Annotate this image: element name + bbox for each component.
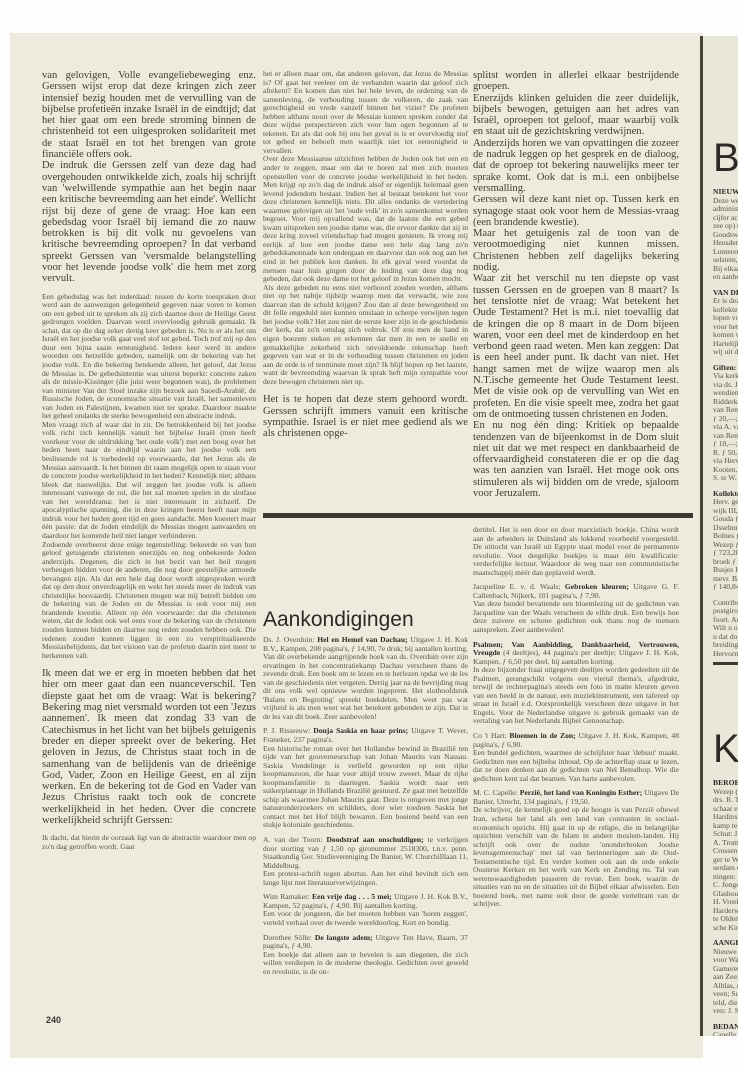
adjacent-section: Contributiespostgiro 56.foort. AdresWilt… [703, 599, 738, 659]
adjacent-line: sche Kirche [713, 924, 738, 933]
adjacent-section-title-text: NIEUWE A [713, 187, 738, 196]
announcements-heading: Aankondigingen [263, 608, 414, 632]
adjacent-section-title-text: BEROEPEN [713, 778, 738, 787]
announcement-header: P. J. Risseeuw: Donja Saskia en haar pri… [263, 727, 468, 744]
adjacent-line: wij uit de v [713, 348, 738, 357]
article-paragraph: van gelovigen, Volle evangeliebeweging e… [42, 70, 256, 160]
adjacent-line: Hervormde [713, 650, 738, 659]
announcement-header: Co 't Hart: Bloemen in de Zon; Uitgave J… [473, 732, 679, 749]
announcement-entry: Wim Ramaker: Een vrije dag . . . 5 mei; … [263, 893, 468, 927]
announcement-body: Een boekje dat alleen aan te bevelen is … [263, 951, 468, 977]
announcement-entry: Psalmen; Van Aanbidding, Dankbaarheid, V… [473, 641, 679, 726]
article-paragraph: Anderzijds horen we van opvattingen die … [473, 138, 679, 194]
announcement-entry: Dorothee Sölle: De langste adem; Uitgave… [263, 934, 468, 977]
adjacent-section: NIEUWE ADeze weekadministratcijfer achte… [703, 188, 738, 282]
announcement-header: Ds. J. Overduin: Hel en Hemel van Dachau… [263, 636, 468, 653]
announcement-entry: Co 't Hart: Bloemen in de Zon; Uitgave J… [473, 732, 679, 783]
announcement-header: A. van der Toorn: Doodstraf aan onschuld… [263, 836, 468, 870]
announcement-body: Een protest-schrift tegen abortus. Aan h… [263, 870, 468, 887]
announcement-body: Van deze bundel bevattende een bloemlezi… [473, 600, 679, 634]
announcement-continuation: dertitel. Het is een door en door marxis… [473, 526, 679, 577]
section-divider [263, 513, 693, 518]
article-paragraph: Ik meen dat we er erg in moeten hebben d… [42, 668, 256, 826]
article-paragraph: Gerssen wil deze kant niet op. Tussen ke… [473, 194, 679, 228]
adjacent-section: BEDANKT VCapelle aanmerik; MusEestrum; W [703, 1023, 738, 1037]
quote-paragraph: Een gebedsdag was het inderdaad: tussen … [42, 293, 256, 421]
quote-paragraph: Zodoende overheerst deze enige tegenstel… [42, 541, 256, 661]
announcements-column-3: dertitel. Het is een door en door marxis… [473, 526, 679, 915]
announcement-header: Wim Ramaker: Een vrije dag . . . 5 mei; … [263, 893, 468, 910]
announcement-header: Jacqueline E. v. d. Waals; Gebroken kleu… [473, 583, 679, 600]
adjacent-section-title-text: AANGENOM [713, 938, 738, 947]
announcement-entry: Ds. J. Overduin: Hel en Hemel van Dachau… [263, 636, 468, 721]
adjacent-line: S. te W. ƒ 12 [713, 474, 738, 483]
article-paragraph: De indruk die Gerssen zelf van deze dag … [42, 160, 256, 284]
announcement-body: Een voor de jongeren, die het moeten heb… [263, 910, 468, 927]
announcement-entry: Jacqueline E. v. d. Waals; Gebroken kleu… [473, 583, 679, 634]
announcement-entry: P. J. Risseeuw: Donja Saskia en haar pri… [263, 727, 468, 830]
adjacent-line: en aanbevel [713, 273, 738, 282]
adjacent-line: Capelle aan [713, 1031, 738, 1036]
adjacent-section: AANGENOMNieuwe Tonvoor WaarcGameren, Naa… [703, 939, 738, 1016]
announcement-header: Psalmen; Van Aanbidding, Dankbaarheid, V… [473, 641, 679, 667]
announcement-body: Van dit overbekende aangrijpende boek va… [263, 653, 468, 721]
adjacent-section: BEROEPENWezep (toezdrs. R. T.schaar en S… [703, 779, 738, 932]
announcement-body: In deze bijzonder fraai uitgegeven deelt… [473, 666, 679, 726]
page-number: 240 [46, 1015, 61, 1025]
announcements-column-2: Ds. J. Overduin: Hel en Hemel van Dachau… [263, 636, 468, 982]
announcement-header: Dorothee Sölle: De langste adem; Uitgave… [263, 934, 468, 951]
article-column-3: splitst worden in allerlei elkaar bestri… [473, 70, 679, 499]
quote-paragraph: het er alleen maar om, dat anderen gelov… [263, 70, 468, 155]
quote-paragraph: Men vraagt zich af waar dat in zit. De b… [42, 421, 256, 541]
adjacent-section: Kollekten:Herv. gem.wijk III, BGouda ƒ 2… [703, 490, 738, 592]
announcement-details: (4 deeltjes), 44 pagina's per deeltje; U… [473, 648, 679, 666]
announcement-header: M. C. Capelle: Perzië, het land van Koni… [473, 789, 679, 806]
quote-paragraph: Ik dacht, dat hierin de oorzaak ligt van… [42, 834, 256, 851]
article-paragraph: splitst worden in allerlei elkaar bestri… [473, 70, 679, 93]
announcement-body: Een historische roman over het Hollandse… [263, 745, 468, 830]
announcement-entry: M. C. Capelle: Perzië, het land van Koni… [473, 789, 679, 909]
announcement-body: Een bundel gedichten, waarmee de schrijf… [473, 749, 679, 783]
announcement-title: De langste adem; [315, 933, 373, 942]
announcement-entry: A. van der Toorn: Doodstraf aan onschuld… [263, 836, 468, 887]
quote-paragraph: Als deze gebeden nu eens niet verhoord z… [263, 284, 468, 387]
quote-paragraph: Over deze Messiaanse uitzichten hebben d… [263, 155, 468, 283]
article-paragraph: Maar het getuigenis zal de toon van de v… [473, 228, 679, 273]
article-paragraph: Enerzijds klinken geluiden die zeer duid… [473, 93, 679, 138]
article-paragraph: Waar zit het verschil nu ten diepste op … [473, 273, 679, 420]
adjacent-section: Giften:Via kerkvoovia ds. J. dwendienst,… [703, 364, 738, 483]
article-column-2: het er alleen maar om, dat anderen gelov… [263, 70, 468, 439]
adjacent-section: VAN DE PEEr is dezekollekten telopen voo… [703, 289, 738, 357]
adjacent-heading-kerk: Kerk [713, 727, 738, 772]
article-column-1: van gelovigen, Volle evangeliebeweging e… [42, 70, 256, 851]
article-paragraph: En nu nog één ding: Kritiek op bepaalde … [473, 420, 679, 499]
adjacent-divider [713, 662, 738, 665]
announcement-body: De schrijver, de kennelijk goed op de ho… [473, 806, 679, 909]
adjacent-heading-bon: Bon [713, 136, 738, 181]
adjacent-page: BonNIEUWE ADeze weekadministratcijfer ac… [700, 36, 738, 1036]
adjacent-line: ƒ 140,84. Tot [713, 583, 738, 592]
adjacent-line: ven: J. Sch [713, 1007, 738, 1016]
article-paragraph: Het is te hopen dat deze stem gehoord wo… [263, 394, 468, 439]
